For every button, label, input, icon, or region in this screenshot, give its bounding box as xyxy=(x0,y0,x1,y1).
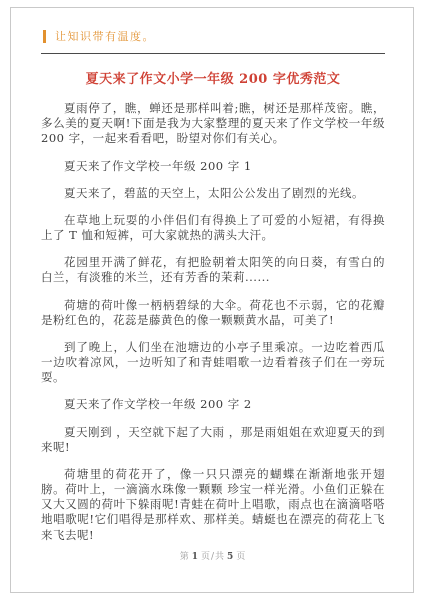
footer-label-suffix: 页 xyxy=(236,552,246,562)
document-page: 让知识带有温度。 夏天来了作文小学一年级 200 字优秀范文 夏雨停了，瞧，蝉还… xyxy=(10,7,414,593)
section-heading-1: 夏天来了作文学校一年级 200 字 1 xyxy=(41,159,385,174)
paragraph-intro: 夏雨停了，瞧，蝉还是那样叫着;瞧，树还是那样茂密。瞧，多么美的夏天啊!下面是我为… xyxy=(41,101,385,147)
header-divider xyxy=(41,53,385,54)
paragraph: 荷塘里的荷花开了，像一只只漂亮的蝴蝶在渐渐地张开翅膀。荷叶上，一滴滴水珠像一颗颗… xyxy=(41,467,385,543)
total-page-number: 5 xyxy=(225,552,236,562)
paragraph: 夏天来了，碧蓝的天空上，太阳公公发出了剧烈的光线。 xyxy=(41,186,385,201)
current-page-number: 1 xyxy=(190,552,201,562)
paragraph: 花园里开满了鲜花，有把脸朝着太阳笑的向日葵，有雪白的白兰，有淡雅的米兰，还有芳香… xyxy=(41,255,385,285)
paragraph: 夏天刚到 ，天空就下起了大雨 ，那是雨姐姐在欢迎夏天的到来呢! xyxy=(41,425,385,455)
page-footer: 第1页/共5页 xyxy=(41,549,385,562)
paragraph: 到了晚上，人们坐在池塘边的小亭子里乘凉。一边吃着西瓜一边吹着凉风，一边听知了和青… xyxy=(41,340,385,386)
document-body: 夏雨停了，瞧，蝉还是那样叫着;瞧，树还是那样茂密。瞧，多么美的夏天啊!下面是我为… xyxy=(41,89,385,543)
footer-label-middle: 页/共 xyxy=(201,552,225,562)
tagline-accent-bar-icon xyxy=(43,30,46,43)
page-header: 让知识带有温度。 xyxy=(41,28,385,44)
header-tagline: 让知识带有温度。 xyxy=(55,28,155,44)
document-preview: 让知识带有温度。 夏天来了作文小学一年级 200 字优秀范文 夏雨停了，瞧，蝉还… xyxy=(0,0,424,600)
paragraph: 在草地上玩耍的小伴侣们有得换上了可爱的小短裙，有得换上了 T 恤和短裤，可大家就… xyxy=(41,213,385,243)
paragraph: 荷塘的荷叶像一柄柄碧绿的大伞。荷花也不示弱，它的花瓣是粉红色的，花蕊是藤黄色的像… xyxy=(41,298,385,328)
document-title: 夏天来了作文小学一年级 200 字优秀范文 xyxy=(41,68,385,87)
section-heading-2: 夏天来了作文学校一年级 200 字 2 xyxy=(41,397,385,412)
footer-label-prefix: 第 xyxy=(180,552,190,562)
